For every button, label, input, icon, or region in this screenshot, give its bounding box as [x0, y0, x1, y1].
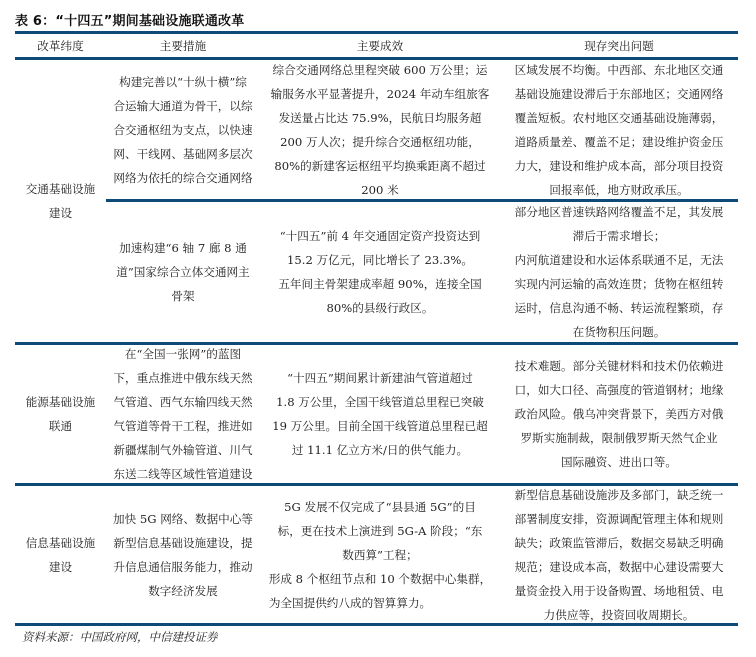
header-label: 改革纬度: [37, 34, 83, 58]
cell-line: 200 万人次；提升综合交通枢纽功能，: [271, 130, 490, 154]
header-label: 现存突出问题: [584, 34, 654, 58]
cell-line: 口，如大口径、高强度的管道钢材；地缘: [515, 378, 724, 402]
problem-energy: 技术难题。部分关键材料和技术仍依赖进 口，如大口径、高强度的管道钢材；地缘 政治…: [500, 345, 738, 483]
cell-line: 滞后于需求增长；: [515, 224, 724, 248]
cell-line: 升信息通信服务能力，推动: [113, 555, 253, 579]
cell-line: 力大，建设和维护成本高，部分项目投资: [515, 154, 724, 178]
cell-line: 实现内河运输的高效连贯；货物在枢纽转: [515, 272, 724, 296]
cell-line: 构建完善以“十纵十横”综: [113, 70, 252, 94]
cell-line: 200 米: [271, 178, 490, 202]
cell-line: 内河航道建设和水运体系联通不足，无法: [515, 248, 724, 272]
dimension-info: 信息基础设施 建设: [15, 486, 106, 623]
cell-line: 网络为依托的综合交通网络: [113, 166, 252, 190]
cell-line: 区域发展不均衡。中西部、东北地区交通: [515, 58, 724, 82]
cell-line: 下，重点推进中俄东线天然: [113, 366, 252, 390]
cell-line: 骨架: [116, 284, 249, 308]
result-transport-1: 综合交通网络总里程突破 600 万公里；运 输服务水平显著提升，2024 年动车…: [260, 60, 500, 199]
cell-line: 联通: [26, 414, 96, 438]
dimension-energy: 能源基础设施 联通: [15, 345, 106, 483]
header-label: 主要成效: [357, 34, 403, 58]
cell-line: “十四五”期间累计新建油气管道超过: [272, 366, 488, 390]
cell-line: 运时，信息沟通不畅、转运流程繁琐，存: [515, 296, 724, 320]
cell-line: 在“全国一张网”的蓝图: [113, 342, 252, 366]
problem-transport-1: 区域发展不均衡。中西部、东北地区交通 基础设施建设滞后于东部地区；交通网络 覆盖…: [500, 60, 738, 199]
cell-line: 国际融资、进出口等。: [515, 450, 724, 474]
cell-line: 输服务水平显著提升，2024 年动车组旅客: [271, 82, 490, 106]
cell-line: 加快 5G 网络、数据中心等: [113, 507, 253, 531]
table-title: 表 6：“十四五”期间基础设施联通改革: [15, 10, 244, 29]
cell-line: 气管道等骨干工程，推进如: [113, 414, 252, 438]
cell-line: 综合交通网络总里程突破 600 万公里；运: [271, 58, 490, 82]
result-transport-2: “十四五”前 4 年交通固定资产投资达到 15.2 万亿元，同比增长了 23.3…: [260, 202, 500, 342]
result-info: 5G 发展不仅完成了“县县通 5G”的目 标，更在技术上演进到 5G-A 阶段；…: [260, 486, 500, 623]
cell-line: 15.2 万亿元，同比增长了 23.3%。: [278, 248, 481, 272]
cell-line: 合运输大通道为骨干，以综: [113, 94, 252, 118]
cell-line: 发送量占比达 75.9%，民航日均服务超: [271, 106, 490, 130]
cell-line: 基础设施建设滞后于东部地区；交通网络: [515, 82, 724, 106]
cell-line: 气管道、西气东输四线天然: [113, 390, 252, 414]
cell-line: 回报率低，地方财政承压。: [515, 178, 724, 202]
cell-line: 建设: [26, 201, 96, 225]
cell-line: 交通基础设施: [26, 177, 96, 201]
cell-line: 政治风险。俄乌冲突背景下，美西方对俄: [515, 402, 724, 426]
header-label: 主要措施: [160, 34, 206, 58]
header-measures: 主要措施: [106, 34, 260, 57]
cell-line: 19 万公里。目前全国干线管道总里程已超: [272, 414, 488, 438]
cell-line: 过 11.1 亿立方米/日的供气能力。: [272, 438, 488, 462]
measure-info: 加快 5G 网络、数据中心等 新型信息基础设施建设，提 升信息通信服务能力，推动…: [106, 486, 260, 623]
dimension-transport: 交通基础设施 建设: [15, 60, 106, 342]
header-problems: 现存突出问题: [500, 34, 738, 57]
measure-transport-1: 构建完善以“十纵十横”综 合运输大通道为骨干，以综 合交通枢纽为支点，以快速 网…: [106, 60, 260, 199]
cell-line: 数字经济发展: [113, 579, 253, 603]
cell-line: 缺失；政策监管滞后，数据交易缺乏明确: [515, 531, 724, 555]
cell-line: 网、干线网、基础网多层次: [113, 142, 252, 166]
cell-line: 技术难题。部分关键材料和技术仍依赖进: [515, 354, 724, 378]
cell-line: 信息基础设施: [26, 531, 96, 555]
cell-line: 五年间主骨架建成率超 90%，连接全国: [278, 272, 481, 296]
cell-line: 合交通枢纽为支点，以快速: [113, 118, 252, 142]
cell-line: 部分地区普速铁路网络覆盖不足，其发展: [515, 200, 724, 224]
problem-info: 新型信息基础设施涉及多部门，缺乏统一 部署制度安排，资源调配管理主体和规则 缺失…: [500, 486, 738, 623]
cell-line: 加速构建“6 轴 7 廊 8 通: [116, 236, 249, 260]
cell-line: 1.8 万公里，全国干线管道总里程已突破: [272, 390, 488, 414]
cell-line: 建设: [26, 555, 96, 579]
measure-energy: 在“全国一张网”的蓝图 下，重点推进中俄东线天然 气管道、西气东输四线天然 气管…: [106, 345, 260, 483]
cell-line: 量资金投入用于设备购置、场地租赁、电: [515, 579, 724, 603]
cell-line: 5G 发展不仅完成了“县县通 5G”的目: [269, 495, 491, 519]
cell-line: 部署制度安排，资源调配管理主体和规则: [515, 507, 724, 531]
source-note: 资料来源：中国政府网，中信建投证券: [22, 629, 218, 645]
cell-line: 东送二线等区域性管道建设: [113, 462, 252, 486]
cell-line: 80%的县级行政区。: [278, 296, 481, 320]
header-results: 主要成效: [260, 34, 500, 57]
cell-line: 在货物积压问题。: [515, 320, 724, 344]
cell-line: 形成 8 个枢纽节点和 10 个数据中心集群，: [269, 567, 491, 591]
cell-line: 规范；建设成本高，数据中心建设需要大: [515, 555, 724, 579]
cell-line: “十四五”前 4 年交通固定资产投资达到: [278, 224, 481, 248]
cell-line: 罗斯实施制裁，限制俄罗斯天然气企业: [515, 426, 724, 450]
cell-line: 新型信息基础设施建设，提: [113, 531, 253, 555]
header-dimension: 改革纬度: [15, 34, 106, 57]
cell-line: 能源基础设施: [26, 390, 96, 414]
cell-line: 覆盖短板。农村地区交通基础设施薄弱，: [515, 106, 724, 130]
problem-transport-2: 部分地区普速铁路网络覆盖不足，其发展 滞后于需求增长； 内河航道建设和水运体系联…: [500, 202, 738, 342]
cell-line: 道路质量差、覆盖不足；建设维护资金压: [515, 130, 724, 154]
cell-line: 新疆煤制气外输管道、川气: [113, 438, 252, 462]
cell-line: 80%的新建客运枢纽平均换乘距离不超过: [271, 154, 490, 178]
cell-line: 道”国家综合立体交通网主: [116, 260, 249, 284]
result-energy: “十四五”期间累计新建油气管道超过 1.8 万公里，全国干线管道总里程已突破 1…: [260, 345, 500, 483]
cell-line: 数西算”工程；: [269, 543, 491, 567]
cell-line: 标，更在技术上演进到 5G-A 阶段；“东: [269, 519, 491, 543]
cell-line: 新型信息基础设施涉及多部门，缺乏统一: [515, 483, 724, 507]
cell-line: 为全国提供约八成的智算算力。: [269, 591, 491, 615]
cell-line: 力供应等，投资回收周期长。: [515, 603, 724, 627]
measure-transport-2: 加速构建“6 轴 7 廊 8 通 道”国家综合立体交通网主 骨架: [106, 202, 260, 342]
